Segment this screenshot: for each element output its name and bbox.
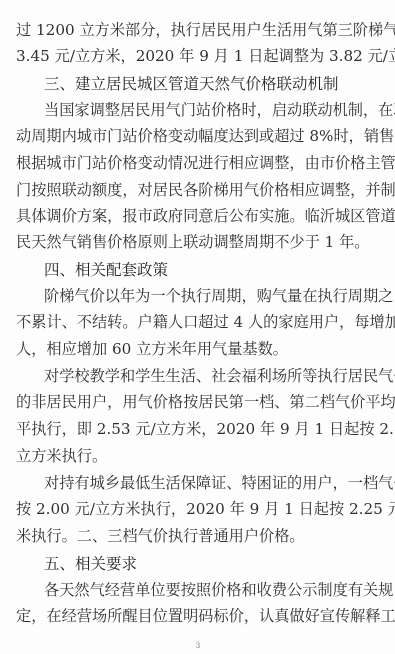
text-line: 过 1200 立方米部分，执行居民用户生活用气第三阶梯气价 — [16, 20, 380, 40]
text-line: 人，相应增加 60 立方米年用气量基数。 — [16, 339, 380, 359]
text-line: 动周期内城市门站价格变动幅度达到或超过 8%时，销售价格 — [16, 126, 380, 146]
text-line: 平执行，即 2.53 元/立方米，2020 年 9 月 1 日起按 2.80 元… — [16, 419, 380, 439]
text-line: 定，在经营场所醒目位置明码标价，认真做好宣传解释工作， — [16, 606, 380, 626]
text-line: 3.45 元/立方米，2020 年 9 月 1 日起调整为 3.82 元/立方米… — [16, 46, 380, 66]
text-line: 各天然气经营单位要按照价格和收费公示制度有关规 — [44, 580, 380, 600]
text-line: 按 2.00 元/立方米执行，2020 年 9 月 1 日起按 2.25 元/立… — [16, 499, 380, 519]
text-line: 民天然气销售价格原则上联动调整周期不少于 1 年。 — [16, 232, 380, 252]
page-number: 3 — [194, 642, 202, 650]
section-heading: 三、建立居民城区管道天然气价格联动机制 — [44, 73, 339, 95]
text-line: 根据城市门站价格变动情况进行相应调整，由市价格主管部 — [16, 153, 380, 173]
text-line: 立方米执行。 — [16, 446, 380, 466]
section-heading: 四、相关配套政策 — [44, 259, 168, 281]
text-line: 门按照联动额度，对居民各阶梯用气价格相应调整，并制定 — [16, 180, 380, 200]
text-line: 的非居民用户，用气价格按居民第一档、第二档气价平均水 — [16, 392, 380, 412]
text-line: 对学校教学和学生生活、社会福利场所等执行居民气价 — [44, 366, 380, 386]
text-line: 对持有城乡最低生活保障证、特困证的用户，一档气价 — [44, 473, 380, 493]
document-page: 过 1200 立方米部分，执行居民用户生活用气第三阶梯气价3.45 元/立方米，… — [0, 0, 395, 654]
section-heading: 五、相关要求 — [44, 553, 137, 575]
text-line: 不累计、不结转。户籍人口超过 4 人的家庭用户，每增加 1 — [16, 312, 380, 332]
text-line: 米执行。二、三档气价执行普通用户价格。 — [16, 526, 380, 546]
text-line: 具体调价方案，报市政府同意后公布实施。临沂城区管道居 — [16, 206, 380, 226]
text-line: 当国家调整居民用气门站价格时，启动联动机制，在联 — [44, 100, 380, 120]
text-line: 阶梯气价以年为一个执行周期，购气量在执行周期之间 — [44, 286, 380, 306]
